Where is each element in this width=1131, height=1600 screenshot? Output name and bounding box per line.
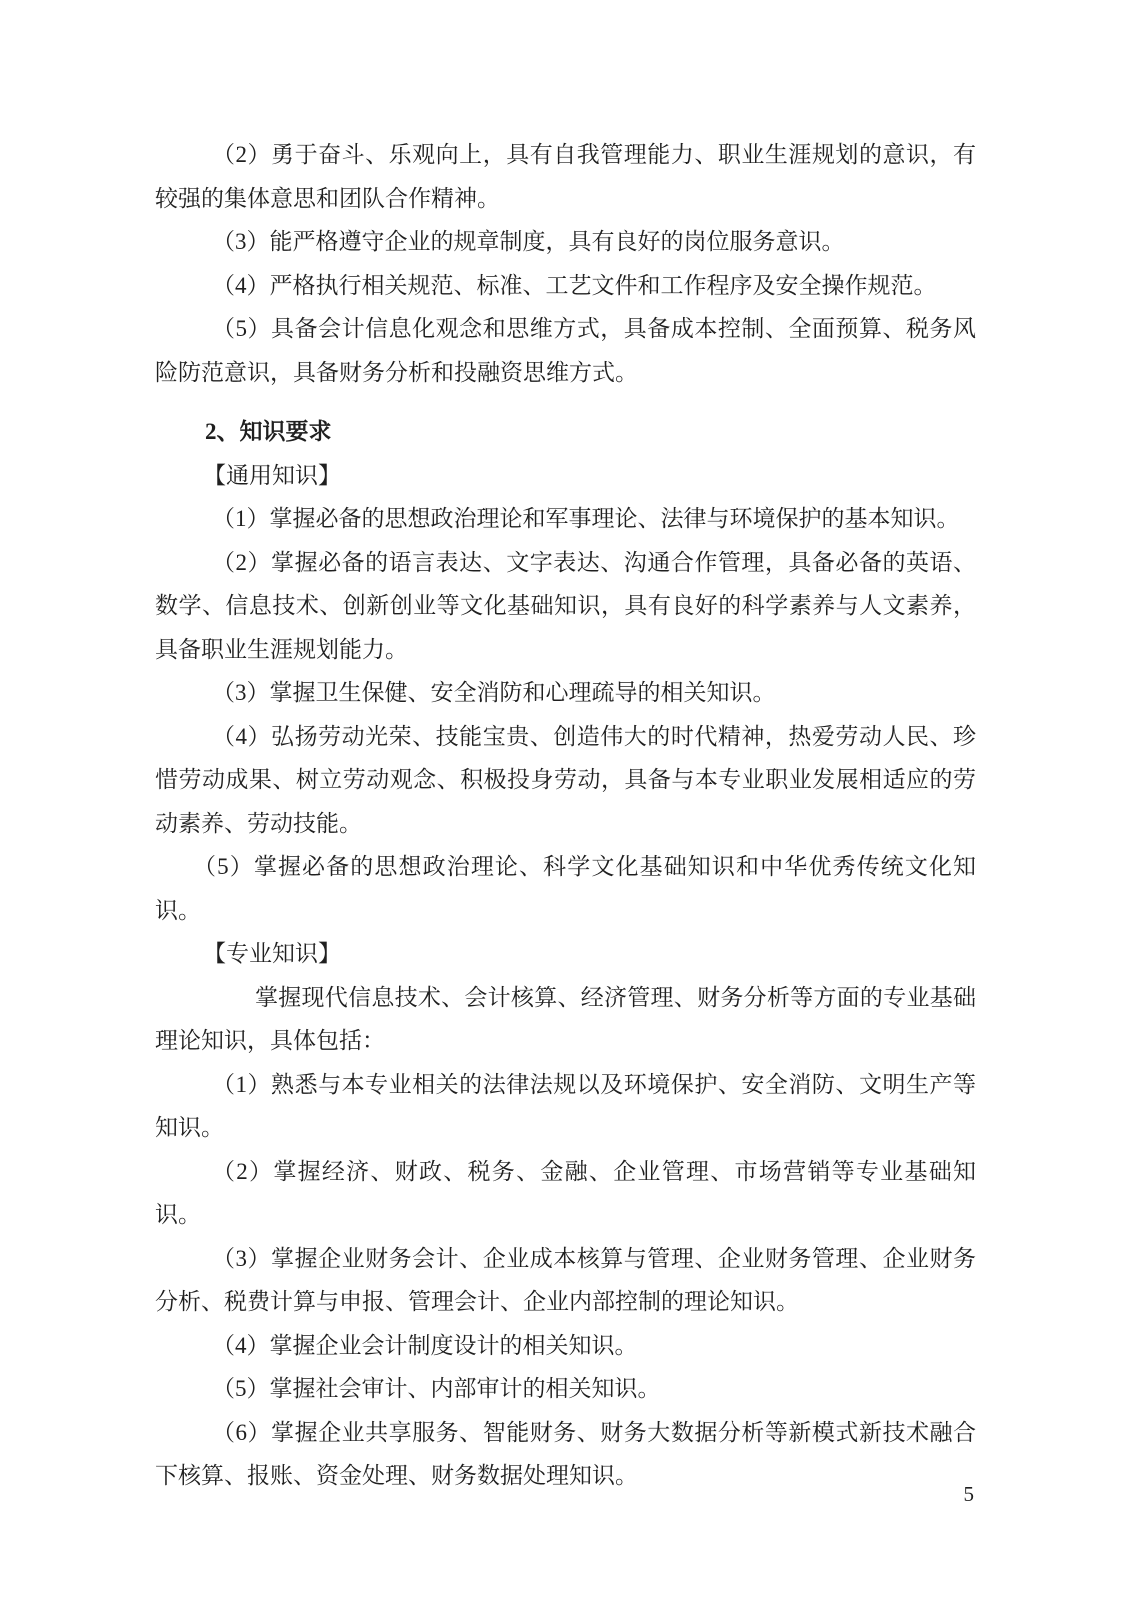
section-heading-knowledge-requirements: 2、知识要求: [155, 410, 976, 454]
paragraph-conduct-2: （2）勇于奋斗、乐观向上，具有自我管理能力、职业生涯规划的意识，有较强的集体意思…: [155, 133, 976, 220]
paragraph-conduct-3: （3）能严格遵守企业的规章制度，具有良好的岗位服务意识。: [155, 220, 976, 264]
paragraph-professional-3: （3）掌握企业财务会计、企业成本核算与管理、企业财务管理、企业财务分析、税费计算…: [155, 1237, 976, 1324]
paragraph-professional-1: （1）熟悉与本专业相关的法律法规以及环境保护、安全消防、文明生产等知识。: [155, 1063, 976, 1150]
document-content: （2）勇于奋斗、乐观向上，具有自我管理能力、职业生涯规划的意识，有较强的集体意思…: [155, 133, 976, 1498]
paragraph-professional-2: （2）掌握经济、财政、税务、金融、企业管理、市场营销等专业基础知识。: [155, 1150, 976, 1237]
page-number: 5: [964, 1480, 975, 1508]
paragraph-conduct-4: （4）严格执行相关规范、标准、工艺文件和工作程序及安全操作规范。: [155, 264, 976, 308]
subsection-heading-professional-knowledge: 【专业知识】: [155, 932, 976, 976]
paragraph-professional-4: （4）掌握企业会计制度设计的相关知识。: [155, 1324, 976, 1368]
paragraph-general-4: （4）弘扬劳动光荣、技能宝贵、创造伟大的时代精神，热爱劳动人民、珍惜劳动成果、树…: [155, 715, 976, 846]
paragraph-general-5: （5）掌握必备的思想政治理论、科学文化基础知识和中华优秀传统文化知识。: [155, 845, 976, 932]
document-page: （2）勇于奋斗、乐观向上，具有自我管理能力、职业生涯规划的意识，有较强的集体意思…: [0, 0, 1131, 1600]
subsection-heading-general-knowledge: 【通用知识】: [155, 454, 976, 498]
paragraph-general-1: （1）掌握必备的思想政治理论和军事理论、法律与环境保护的基本知识。: [155, 497, 976, 541]
paragraph-professional-5: （5）掌握社会审计、内部审计的相关知识。: [155, 1367, 976, 1411]
paragraph-conduct-5: （5）具备会计信息化观念和思维方式，具备成本控制、全面预算、税务风险防范意识，具…: [155, 307, 976, 394]
paragraph-professional-6: （6）掌握企业共享服务、智能财务、财务大数据分析等新模式新技术融合下核算、报账、…: [155, 1411, 976, 1498]
paragraph-general-3: （3）掌握卫生保健、安全消防和心理疏导的相关知识。: [155, 671, 976, 715]
paragraph-general-2: （2）掌握必备的语言表达、文字表达、沟通合作管理，具备必备的英语、数学、信息技术…: [155, 541, 976, 672]
paragraph-professional-intro: 掌握现代信息技术、会计核算、经济管理、财务分析等方面的专业基础理论知识，具体包括…: [155, 976, 976, 1063]
